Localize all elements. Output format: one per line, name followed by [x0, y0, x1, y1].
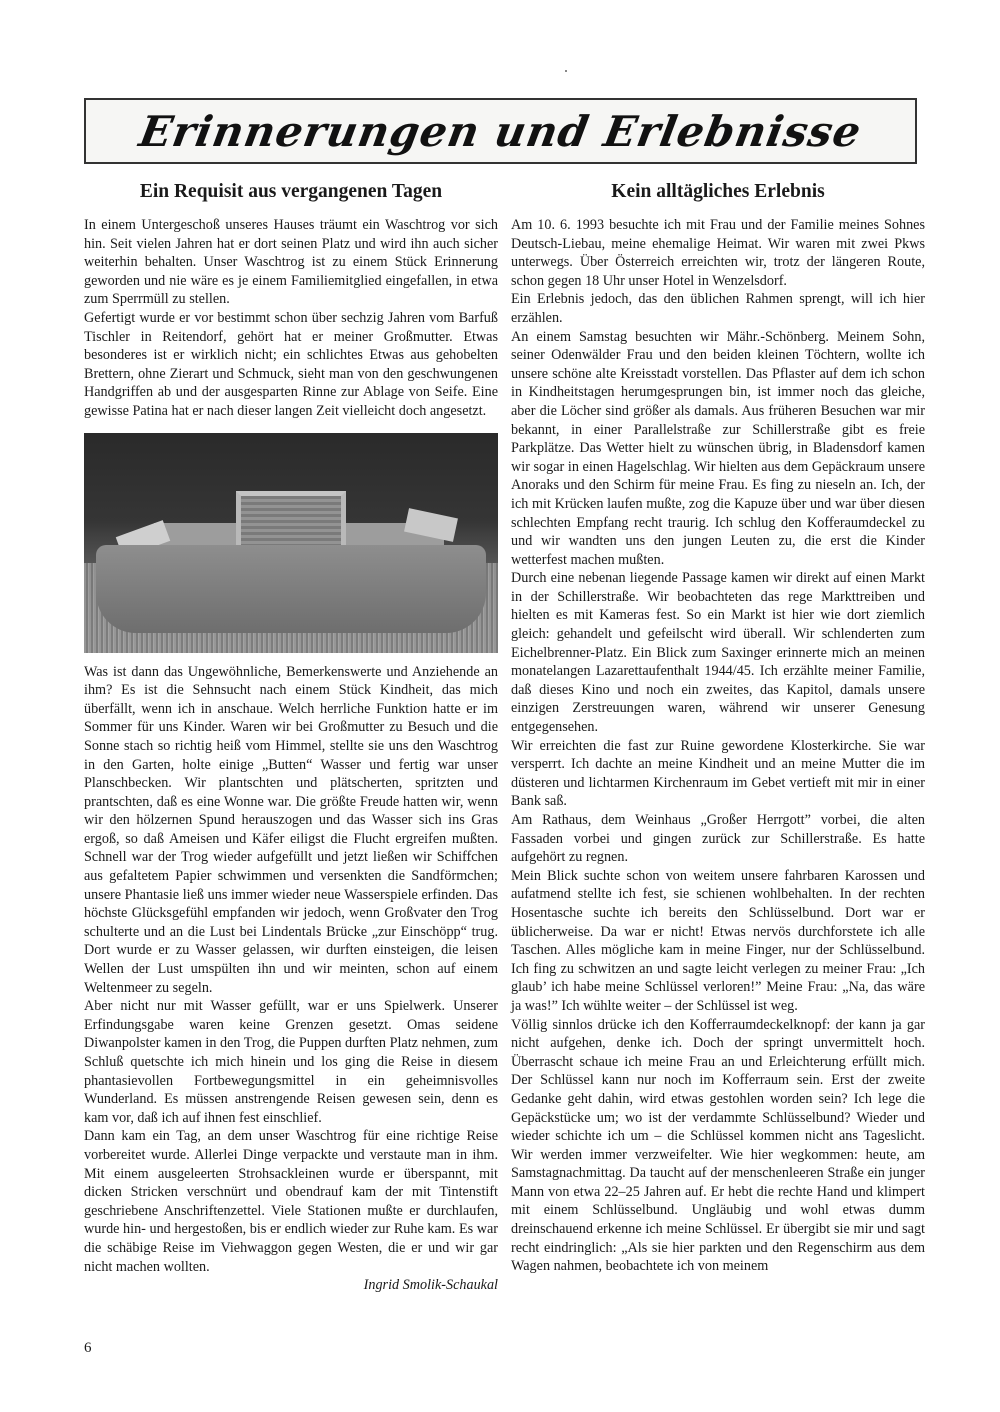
paragraph: Völlig sinnlos drücke ich den Kofferraum…: [511, 1016, 925, 1276]
paragraph: Am Rathaus, dem Weinhaus „Großer Herrgot…: [511, 811, 925, 867]
paragraph: Durch eine nebenan liegende Passage kame…: [511, 569, 925, 736]
paragraph: Am 10. 6. 1993 besuchte ich mit Frau und…: [511, 216, 925, 290]
scan-speck: [565, 70, 567, 72]
paragraph: An einem Samstag besuchten wir Mähr.-Sch…: [511, 328, 925, 570]
paragraph: Mein Blick suchte schon von weitem unser…: [511, 867, 925, 1016]
paragraph: Aber nicht nur mit Wasser gefüllt, war e…: [84, 997, 498, 1127]
section-banner: Erinnerungen und Erlebnisse: [84, 98, 917, 164]
left-article-title: Ein Requisit aus vergangenen Tagen: [84, 180, 498, 204]
wash-trough-photo: [84, 433, 498, 653]
right-article-title: Kein alltägliches Erlebnis: [511, 180, 925, 204]
paragraph: Was ist dann das Ungewöhnliche, Bemerken…: [84, 663, 498, 998]
photo-trough: [96, 545, 486, 633]
paragraph: Ein Erlebnis jedoch, das den üblichen Ra…: [511, 290, 925, 327]
paragraph: In einem Untergeschoß unseres Hauses trä…: [84, 216, 498, 309]
left-article: Ein Requisit aus vergangenen Tagen In ei…: [84, 180, 498, 1295]
paragraph: Dann kam ein Tag, an dem unser Waschtrog…: [84, 1127, 498, 1276]
paragraph: Wir erreichten die fast zur Ruine geword…: [511, 737, 925, 811]
paragraph: Gefertigt wurde er vor bestimmt schon üb…: [84, 309, 498, 421]
section-title: Erinnerungen und Erlebnisse: [136, 107, 866, 156]
page-number: 6: [84, 1340, 92, 1357]
article-author: Ingrid Smolik-Schaukal: [84, 1276, 498, 1295]
right-article: Kein alltägliches Erlebnis Am 10. 6. 199…: [511, 180, 925, 1276]
